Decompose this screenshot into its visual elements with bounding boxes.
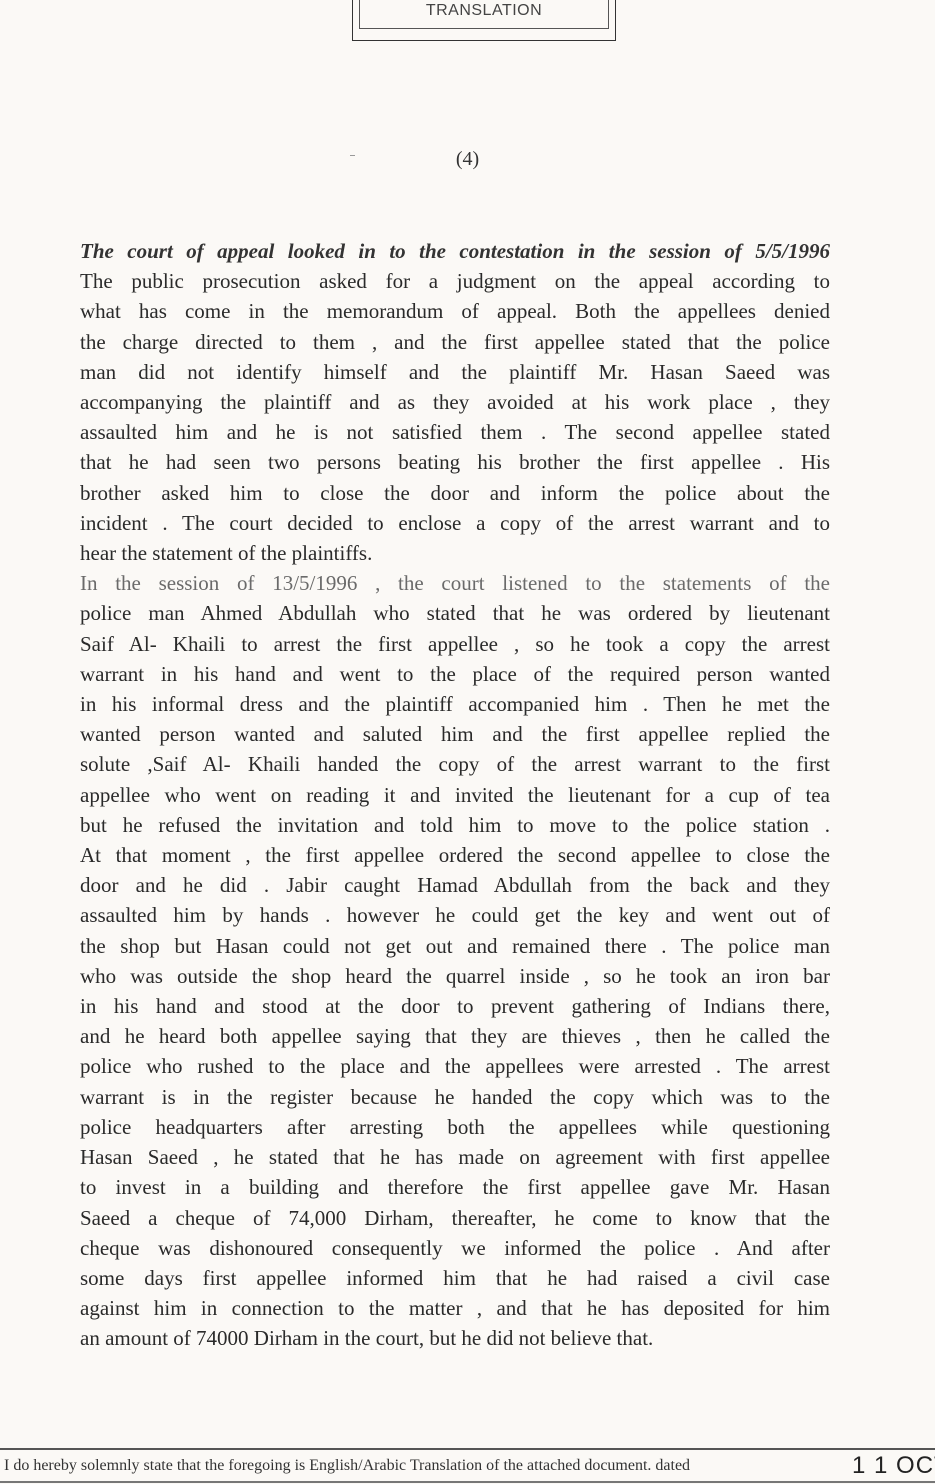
body-line: hear the statement of the plaintiffs.	[80, 538, 830, 568]
translation-header-title: TRANSLATION	[353, 2, 615, 20]
body-line: police headquarters after arresting both…	[80, 1112, 830, 1142]
body-line: in his hand and stood at the door to pre…	[80, 991, 830, 1021]
footer-rule-top	[0, 1448, 935, 1450]
body-line: but he refused the invitation and told h…	[80, 810, 830, 840]
footer-rule-bottom	[0, 1481, 935, 1483]
body-line: At that moment , the first appellee orde…	[80, 840, 830, 870]
body-line: the shop but Hasan could not get out and…	[80, 931, 830, 961]
body-line: The public prosecution asked for a judgm…	[80, 266, 830, 296]
body-line: warrant in his hand and went to the plac…	[80, 659, 830, 689]
body-line: to invest in a building and therefore th…	[80, 1172, 830, 1202]
body-line: Saeed a cheque of 74,000 Dirham, thereaf…	[80, 1203, 830, 1233]
body-line: that he had seen two persons beating his…	[80, 447, 830, 477]
body-line: Hasan Saeed , he stated that he has made…	[80, 1142, 830, 1172]
body-line: some days first appellee informed him th…	[80, 1263, 830, 1293]
date-stamp: 1 1 OCT	[852, 1452, 935, 1480]
body-line: and he heard both appellee saying that t…	[80, 1021, 830, 1051]
body-line: Saif Al- Khaili to arrest the first appe…	[80, 629, 830, 659]
body-line: brother asked him to close the door and …	[80, 478, 830, 508]
body-line: In the session of 13/5/1996 , the court …	[80, 568, 830, 598]
session-heading: The court of appeal looked in to the con…	[80, 236, 830, 266]
body-line: warrant is in the register because he ha…	[80, 1082, 830, 1112]
body-line: cheque was dishonoured consequently we i…	[80, 1233, 830, 1263]
translation-header-box: TRANSLATION	[352, 0, 616, 41]
body-line: appellee who went on reading it and invi…	[80, 780, 830, 810]
document-body: The court of appeal looked in to the con…	[80, 236, 830, 1354]
body-line: police man Ahmed Abdullah who stated tha…	[80, 598, 830, 628]
body-line: accompanying the plaintiff and as they a…	[80, 387, 830, 417]
body-line: police who rushed to the place and the a…	[80, 1051, 830, 1081]
body-line: solute ,Saif Al- Khaili handed the copy …	[80, 749, 830, 779]
body-line: door and he did . Jabir caught Hamad Abd…	[80, 870, 830, 900]
page-number: (4)	[0, 148, 935, 171]
translator-declaration: I do hereby solemnly state that the fore…	[4, 1457, 690, 1475]
body-line: man did not identify himself and the pla…	[80, 357, 830, 387]
body-line: what has come in the memorandum of appea…	[80, 296, 830, 326]
body-line: assaulted him and he is not satisfied th…	[80, 417, 830, 447]
body-line: in his informal dress and the plaintiff …	[80, 689, 830, 719]
body-line: the charge directed to them , and the fi…	[80, 327, 830, 357]
body-line: an amount of 74000 Dirham in the court, …	[80, 1323, 830, 1353]
body-line: who was outside the shop heard the quarr…	[80, 961, 830, 991]
body-line: wanted person wanted and saluted him and…	[80, 719, 830, 749]
body-line: against him in connection to the matter …	[80, 1293, 830, 1323]
body-line: assaulted him by hands . however he coul…	[80, 900, 830, 930]
body-line: incident . The court decided to enclose …	[80, 508, 830, 538]
